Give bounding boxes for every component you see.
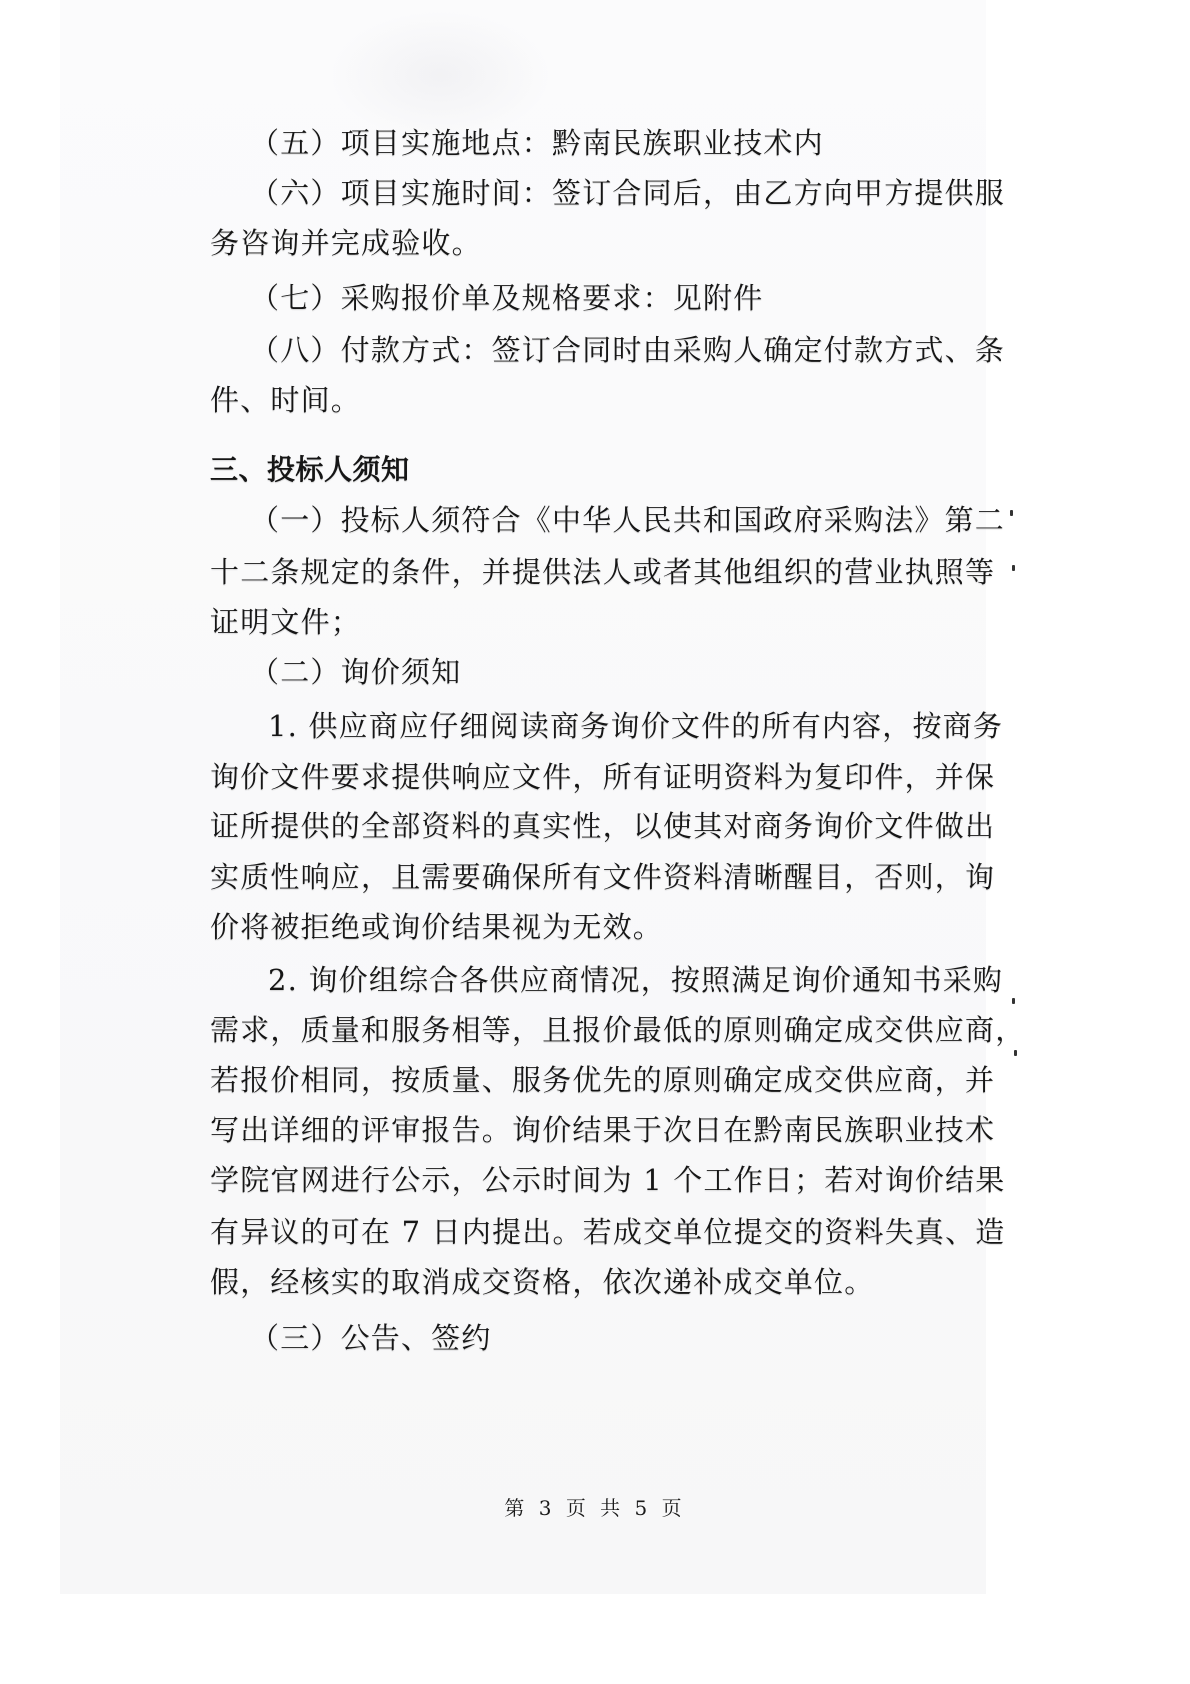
scan-speck (1010, 510, 1013, 516)
item-2-line2: 需求，质量和服务相等，且报价最低的原则确定成交供应商， (210, 1010, 1025, 1050)
clause-6-time-line1: （六）项目实施时间：签订合同后，由乙方向甲方提供服 (250, 173, 1005, 213)
clause-2-inquiry-heading: （二）询价须知 (250, 652, 461, 692)
item-2-line6: 有异议的可在 7 日内提出。若成交单位提交的资料失真、造 (210, 1212, 1006, 1252)
clause-6-time-line2: 务咨询并完成验收。 (210, 223, 482, 263)
clause-1-eligibility-line1: （一）投标人须符合《中华人民共和国政府采购法》第二 (250, 500, 1005, 540)
item-1-line1: 1. 供应商应仔细阅读商务询价文件的所有内容，按商务 (268, 706, 1003, 746)
clause-7-quote-spec: （七）采购报价单及规格要求：见附件 (250, 278, 763, 318)
item-2-line4: 写出详细的评审报告。询价结果于次日在黔南民族职业技术 (210, 1110, 995, 1150)
item-1-line4: 实质性响应，且需要确保所有文件资料清晰醒目，否则，询 (210, 857, 995, 897)
scanned-page (60, 0, 986, 1594)
item-1-line3: 证所提供的全部资料的真实性，以使其对商务询价文件做出 (210, 806, 995, 846)
clause-5-location: （五）项目实施地点：黔南民族职业技术内 (250, 123, 824, 163)
scan-speck (1012, 565, 1015, 571)
clause-8-payment-line1: （八）付款方式：签订合同时由采购人确定付款方式、条 (250, 330, 1005, 370)
section-heading-bidder-notice: 三、投标人须知 (210, 450, 410, 490)
scan-speck (1014, 1050, 1017, 1056)
clause-3-announcement-heading: （三）公告、签约 (250, 1318, 492, 1358)
item-2-line1: 2. 询价组综合各供应商情况，按照满足询价通知书采购 (268, 960, 1003, 1000)
item-2-line3: 若报价相同，按质量、服务优先的原则确定成交供应商，并 (210, 1060, 995, 1100)
item-2-line7: 假，经核实的取消成交资格，依次递补成交单位。 (210, 1262, 874, 1302)
item-1-line5: 价将被拒绝或询价结果视为无效。 (210, 907, 663, 947)
clause-1-eligibility-line2: 十二条规定的条件，并提供法人或者其他组织的营业执照等 (210, 552, 995, 592)
page-number-footer: 第 3 页 共 5 页 (0, 1494, 1190, 1522)
item-1-line2: 询价文件要求提供响应文件，所有证明资料为复印件，并保 (210, 757, 995, 797)
clause-1-eligibility-line3: 证明文件； (210, 602, 361, 642)
clause-8-payment-line2: 件、时间。 (210, 380, 361, 420)
scan-speck (1012, 998, 1015, 1004)
item-2-line5: 学院官网进行公示，公示时间为 1 个工作日；若对询价结果 (210, 1160, 1006, 1200)
